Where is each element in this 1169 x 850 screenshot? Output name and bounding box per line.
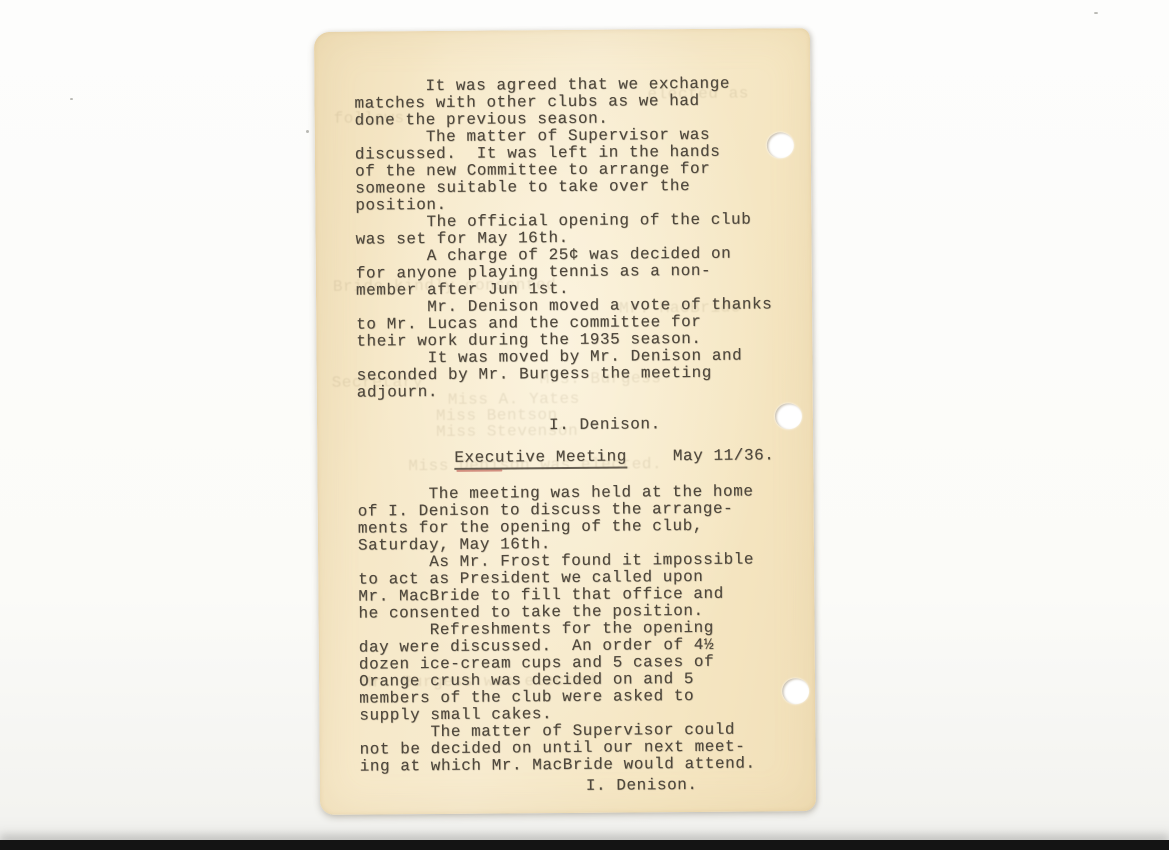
dust-speck <box>306 130 309 133</box>
punch-hole <box>767 132 794 158</box>
dust-speck <box>1094 12 1098 14</box>
text-line: The official opening of the club <box>355 211 791 231</box>
text-line: adjourn. <box>357 381 793 401</box>
document-page: elected asfollows:Mr. MacBrideBride kind… <box>314 28 816 815</box>
scanner-edge-bar <box>0 840 1169 850</box>
typewritten-text: It was agreed that we exchangematches wi… <box>354 75 796 796</box>
signature-line: I. Denison. <box>357 415 793 435</box>
section-heading-title: Executive Meeting <box>454 449 627 470</box>
section-heading-date: May 11/36. <box>673 447 775 465</box>
punch-hole <box>782 678 809 704</box>
text-line: ing at which Mr. MacBride would attend. <box>360 755 796 775</box>
punch-hole <box>775 403 802 429</box>
dust-speck <box>70 98 73 100</box>
scan-background: elected asfollows:Mr. MacBrideBride kind… <box>0 0 1169 850</box>
section-heading: Executive MeetingMay 11/36. <box>357 447 793 470</box>
signature-line: I. Denison. <box>360 776 796 796</box>
